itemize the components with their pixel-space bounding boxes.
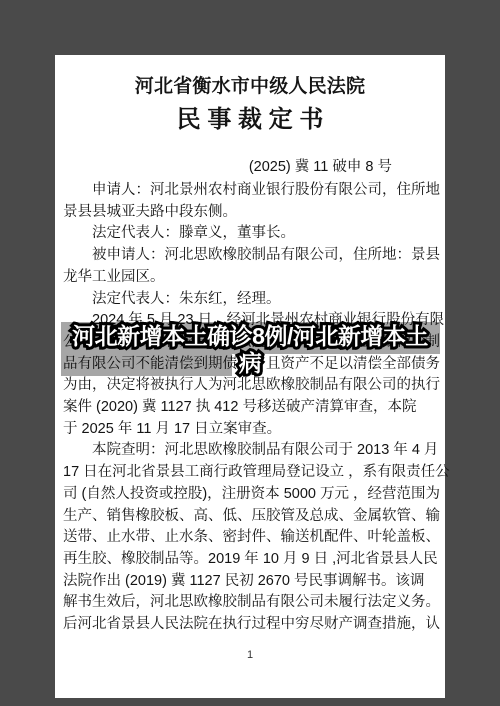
document-page: 河北省衡水市中级人民法院 民 事 裁 定 书 (2025) 冀 11 破申 8 … (55, 55, 445, 698)
document-line: 送带、止水带、止水条、密封件、输送机配件、叶轮盖板、 (63, 527, 441, 549)
document-line: 于 2025 年 11 月 17 日立案审查。 (63, 419, 441, 441)
document-line: 被申请人：河北思欧橡胶制品有限公司，住所地：景县 (63, 245, 441, 267)
document-body: 申请人：河北景州农村商业银行股份有限公司，住所地景县县城亚夫路中段东侧。 法定代… (63, 180, 441, 636)
document-line: 17 日在河北省景县工商行政管理局登记设立 ，系有限责任公 (63, 462, 441, 484)
overlay-headline: 河北新增本土确诊8例/河北新增本土 病 (45, 323, 455, 377)
document-line: 案件 (2020) 冀 1127 执 412 号移送破产清算审查，本院 (63, 397, 441, 419)
document-line: 龙华工业园区。 (63, 267, 441, 289)
case-number: (2025) 冀 11 破申 8 号 (55, 155, 445, 176)
document-line: 法院作出 (2019) 冀 1127 民初 2670 号民事调解书。该调 (63, 571, 441, 593)
overlay-headline-line-1: 河北新增本土确诊8例/河北新增本土 (72, 323, 428, 350)
backdrop: { "backdrop_color": "#4a4a4a", "page_bg_… (0, 0, 500, 706)
document-line: 本院查明：河北思欧橡胶制品有限公司于 2013 年 4 月 (63, 440, 441, 462)
court-name: 河北省衡水市中级人民法院 (55, 71, 445, 98)
document-line: 生产、销售橡胶板、高、低、压胶管及总成、金属软管、输 (63, 506, 441, 528)
document-line: 申请人：河北景州农村商业银行股份有限公司，住所地 (63, 180, 441, 202)
page-number: 1 (55, 649, 445, 661)
document-line: 法定代表人：滕章义，董事长。 (63, 223, 441, 245)
document-title: 民 事 裁 定 书 (55, 99, 445, 134)
document-line: 后河北省景县人民法院在执行过程中穷尽财产调查措施，认 (63, 614, 441, 636)
document-line: 司 (自然人投资或控股)，注册资本 5000 万元 ，经营范围为 (63, 484, 441, 506)
document-line: 解书生效后，河北思欧橡胶制品有限公司未履行法定义务。 (63, 592, 441, 614)
document-line: 景县县城亚夫路中段东侧。 (63, 202, 441, 224)
document-line: 为由，决定将被执行人为河北思欧橡胶制品有限公司的执行 (63, 375, 441, 397)
document-line: 法定代表人：朱东红，经理。 (63, 289, 441, 311)
document-line: 再生胶、橡胶制品等。2019 年 10 月 9 日 ,河北省景县人民 (63, 549, 441, 571)
overlay-headline-line-2: 病 (239, 350, 262, 377)
